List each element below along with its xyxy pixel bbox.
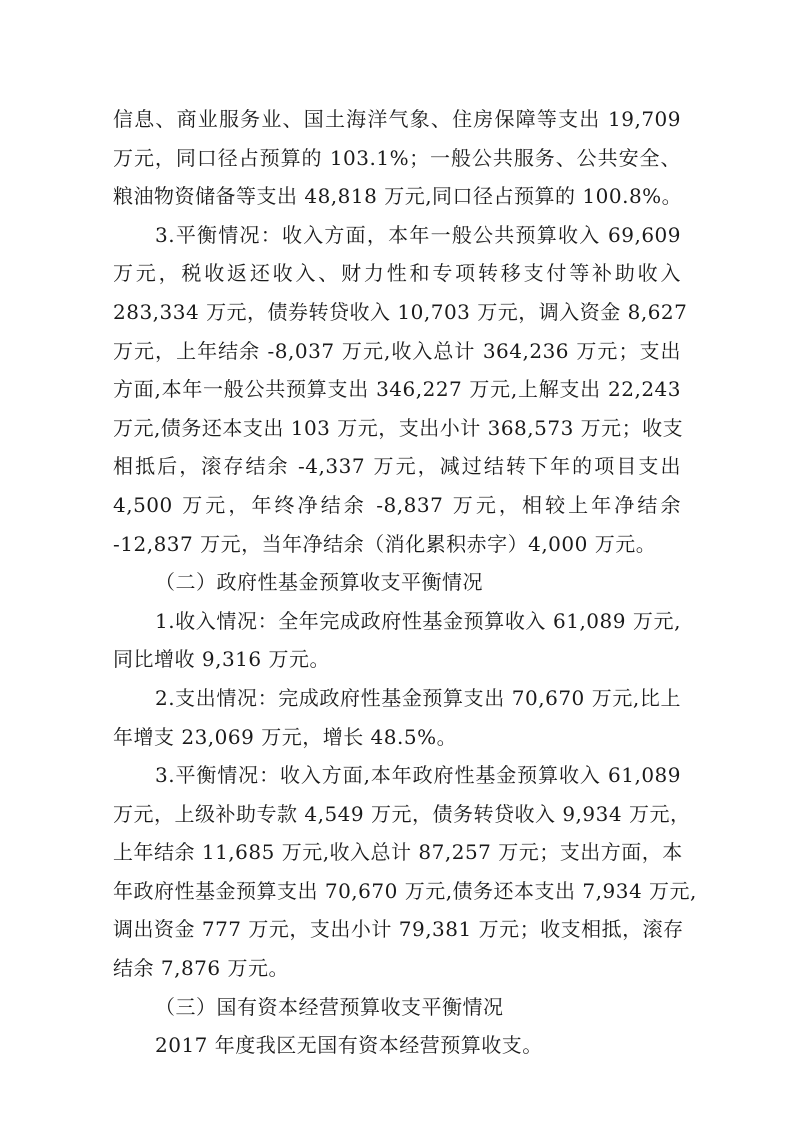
body-text-line: 年政府性基金预算支出 70,670 万元,债务还本支出 7,934 万元, xyxy=(113,872,681,911)
body-text-line: 方面,本年一般公共预算支出 346,227 万元,上解支出 22,243 xyxy=(113,370,681,409)
body-text-line: 万元,债务还本支出 103 万元，支出小计 368,573 万元；收支 xyxy=(113,409,681,448)
body-text-line: 粮油物资储备等支出 48,818 万元,同口径占预算的 100.8%。 xyxy=(113,177,681,216)
body-text-line: 结余 7,876 万元。 xyxy=(113,949,681,988)
body-text-line: -12,837 万元，当年净结余（消化累积赤字）4,000 万元。 xyxy=(113,525,681,564)
body-text-line: 同比增收 9,316 万元。 xyxy=(113,640,681,679)
body-text-line: 上年结余 11,685 万元,收入总计 87,257 万元；支出方面，本 xyxy=(113,833,681,872)
section-heading-government-fund: （二）政府性基金预算收支平衡情况 xyxy=(113,563,681,602)
body-text-line: 信息、商业服务业、国土海洋气象、住房保障等支出 19,709 xyxy=(113,100,681,139)
paragraph-expenditure-start: 2.支出情况：完成政府性基金预算支出 70,670 万元,比上 xyxy=(113,679,681,718)
body-text-line: 调出资金 777 万元，支出小计 79,381 万元；收支相抵，滚存 xyxy=(113,910,681,949)
body-text-line: 年增支 23,069 万元，增长 48.5%。 xyxy=(113,718,681,757)
paragraph-balance-fund-start: 3.平衡情况：收入方面,本年政府性基金预算收入 61,089 xyxy=(113,756,681,795)
body-text-line: 4,500 万元，年终净结余 -8,837 万元，相较上年净结余 xyxy=(113,486,681,525)
body-text-line: 283,334 万元，债券转贷收入 10,703 万元，调入资金 8,627 xyxy=(113,293,681,332)
paragraph-state-capital: 2017 年度我区无国有资本经营预算收支。 xyxy=(113,1026,681,1065)
body-text-line: 万元，同口径占预算的 103.1%；一般公共服务、公共安全、 xyxy=(113,139,681,178)
document-page: 信息、商业服务业、国土海洋气象、住房保障等支出 19,709 万元，同口径占预算… xyxy=(113,100,681,1065)
body-text-line: 相抵后，滚存结余 -4,337 万元，减过结转下年的项目支出 xyxy=(113,447,681,486)
body-text-line: 万元，上年结余 -8,037 万元,收入总计 364,236 万元；支出 xyxy=(113,332,681,371)
section-heading-state-capital: （三）国有资本经营预算收支平衡情况 xyxy=(113,988,681,1027)
paragraph-balance-general-start: 3.平衡情况：收入方面，本年一般公共预算收入 69,609 xyxy=(113,216,681,255)
paragraph-income-start: 1.收入情况：全年完成政府性基金预算收入 61,089 万元, xyxy=(113,602,681,641)
body-text-line: 万元，上级补助专款 4,549 万元，债务转贷收入 9,934 万元， xyxy=(113,795,681,834)
body-text-line: 万元，税收返还收入、财力性和专项转移支付等补助收入 xyxy=(113,254,681,293)
